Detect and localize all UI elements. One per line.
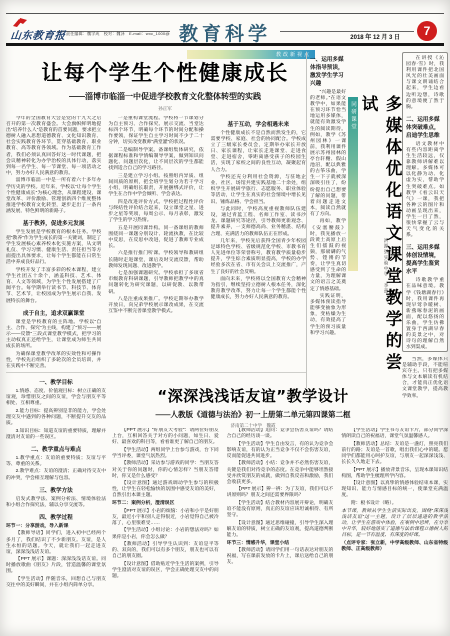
paragraph: 【PPT 展示】播放背景音乐，呈现本课知识结构图，帮助学生梳理所学内容。 [341, 468, 448, 480]
paragraph: 学校开发了丰富多彩的校本课程，建立学生社团五十余个，涵盖科技、艺术、体育、人文等… [6, 268, 101, 305]
paragraph: 【学生活动】两组同学上台参与游戏，台下同学当评委，课堂气氛热烈。 [112, 448, 219, 460]
page-number-badge: 7 [417, 21, 437, 41]
paragraph: 【教师活动】采访参与游戏的同学：当朋友答对关于你的问题时，你的心情怎样？当朋友答… [112, 461, 219, 479]
paragraph: 【学生活动】学生自由发言，有的认为竞争会影响友谊，有的认为正当竞争不仅不会伤害友… [227, 442, 334, 460]
lead-author: 孙正军 [20, 106, 310, 112]
right-article-boxed-column: 在讲授《沁园春·雪》时，我利用课件把北国风光的壮美画面与课文朗诵结合起来，学生边… [402, 52, 448, 352]
right-article-headline: 多媒体优化语文课堂教学的尝试 [356, 95, 404, 391]
paragraph: 再如，教学《安塞腰鼓》时，我先播放一段黄土高原上后生们擂鼓的视频，那磅礴的气势、… [310, 219, 346, 292]
paragraph: 课堂是学校教育的主阵地。学校以“自主、合作、探究”为主线，构建了“预习——展示—… [6, 320, 101, 350]
lesson-plan-column-4: 【学生活动】学生书写友谊卡片，部分同学深情朗读自己的祝福语，课堂气氛温馨感人。【… [341, 428, 448, 622]
paragraph: 【设计意图】借助贴近学生生活的案例，引导学生澄清对友谊的误区，学会正确处理交友中… [112, 562, 219, 580]
paragraph: 与此同时，学校高度重视教师队伍建设，通过青蓝工程、名师工作室、读书沙龙、课题研究… [211, 207, 306, 237]
lesson-plan-body: 【PPT 展示】“好朋友大考验”：请两位好朋友上台，互相回答关于对方的小问题，如… [112, 428, 448, 622]
paragraph: 【教师活动】小结：竞争并不必然伤害友谊，关键是我们对待竞争的态度。在竞争中能够坦… [227, 461, 334, 485]
paragraph: 【学生活动】结合教材内容展开辩论，明确友谊不能没有原则，真正的友谊应该坦诚相待、… [227, 501, 334, 519]
subhead: 三、教学方法 [6, 486, 106, 494]
paragraph: 五是开展同课异构。同一备课组的教师围绕同一课题分别设计、轮流执教，在比较中反思，… [108, 226, 203, 250]
paragraph: 【PPT 展示】课题：深深浅浅话友谊。同时播放歌曲《朋友》片段，营造温馨的课堂氛… [6, 557, 106, 575]
issue-date: 2018 年 12 月 3 日 [348, 32, 402, 41]
paragraph: 环节一：分享游戏，导入新课 [6, 524, 106, 530]
paragraph: 二是编制导学案。备课组集体研究，依据课程标准和学情编制导学案，做到知识问题化、问… [108, 148, 203, 172]
paragraph: 面向未来，学校将以全国教育大会精神为指引，继续坚持立德树人根本任务，深化教育教学… [211, 277, 306, 301]
paragraph: 几年来，学校先后获得全国青少年校园足球特色学校、省级规范化学校、市教书育人先进单… [211, 239, 306, 276]
subhead: 三、运用多媒体创设情境，提高学生鉴赏水平 [406, 243, 444, 275]
paragraph: 附：板书设计（略）。 [341, 501, 448, 507]
section-separator-rule [6, 372, 306, 373]
editor-info-line: 责任编辑：魏学成 校对：魏泽 E-mail：wxc_1000@sina.com [66, 31, 187, 37]
lesson-plan-column-3: 【教师活动】追问：竞争会伤害友谊吗？请结合自己的经历谈一谈。【学生活动】学生自由… [227, 428, 334, 622]
paragraph: 学生发展是学校教育的根本任务。学校把“教养”作为学生成长的第一关键词，制定了学生… [6, 230, 101, 267]
paragraph: 2.能力目标：提高辨别是非的能力，学会处理交友中遇到的各种问题，不断提升交友的品… [6, 409, 106, 427]
lesson-plan-headline: “深深浅浅话友谊”教学设计 [112, 385, 394, 406]
paragraph: 一是重构课堂流程。学校将一节课划分为自主预习、合作探究、展示交流、当堂达标四个环… [108, 116, 203, 146]
paragraph: 1.教学重点：友谊的重要特质；友谊与平等、尊重的关系。 [6, 456, 106, 468]
paragraph: 今年的全国教育大会是党的十九大之后召开的第一次教育盛会。大会旗帜鲜明地提出“培养… [6, 116, 101, 177]
paragraph: 【教师导语】同学们，进入初中已经两个多月了，我们结识了不少新朋友。友谊，是人生永… [6, 531, 106, 555]
lead-column-3: 基于互动，学会相遇未来个性健康成长不是自然而然发生的，它需要学校、家庭、社会的协… [211, 116, 306, 371]
paragraph: 七是加强课题研究。学校承担了多项省市级教育科研课题，引导教师把教学中的真问题转化… [108, 271, 203, 295]
paragraph: 1.情感、态度、价值观目标：树立正确的友谊观，珍惜朋友之间的友谊，学会与朋友平等… [6, 389, 106, 407]
lead-subtitle: ——淄博市临淄一中促进学校教育文化整体转型的实践 [20, 91, 310, 102]
paragraph: “兴趣是最好的老师。”在语文教学中，如果能在预习环节恰当地运用多媒体，就能有效激… [310, 90, 346, 218]
paragraph: 【设计意图】通过思维碰撞，引导学生深入理解友谊的特质，树立正确的友谊观，提高道德… [227, 521, 334, 539]
subhead: 成于自主，追求双赢课堂 [6, 309, 101, 317]
paragraph: 诗歌教学重在品味意境。教学《钱塘湖春行》时，我用课件再现早莺争暖树、新燕啄春泥的… [406, 278, 444, 351]
lead-column-1: 今年的全国教育大会是党的十九大之后召开的第一次教育盛会。大会旗帜鲜明地提出“培养… [6, 116, 101, 371]
paragraph: 启发式教学法、案例分析法、情境体验法和小组合作探究法，辅以分享交流等。 [6, 497, 106, 509]
lesson-plan-column-1: 一、教学目标1.情感、态度、价值观目标：树立正确的友谊观，珍惜朋友之间的友谊，学… [6, 374, 106, 622]
paragraph: 淄博市临淄一中是一所有着六十多年办学历史的学校。近年来，学校以“让每个学生个性健… [6, 178, 101, 215]
subhead: 一、教学目标 [6, 378, 106, 386]
right-article-column-continuation: 当然，多媒体只是辅助手段，不能喧宾夺主。只有把多媒体与文本解读有机结合，才能真正… [402, 357, 448, 419]
top-rule [6, 13, 444, 14]
paragraph: 【PPT 展示】“好朋友大考验”：请两位好朋友上台，互相回答关于对方的小问题，如… [112, 428, 219, 446]
paragraph: 【教师活动】追问：竞争会伤害友谊吗？请结合自己的经历谈一谈。 [227, 428, 334, 440]
subhead: 基于互动，学会相遇未来 [211, 120, 306, 128]
paragraph: 环节二：案例分析，澄清误区 [112, 501, 219, 507]
lead-article-header: 让每个学生个性健康成长 ——淄博市临淄一中促进学校教育文化整体转型的实践 孙正军 [20, 57, 310, 112]
paper-name: 山东教育报 [8, 28, 68, 43]
subhead: 二、教学重点与难点 [6, 445, 106, 453]
paragraph: 【PPT 展示】辨一辨：为了友谊，我们可以不讲原则吗？朋友之间还需要界限吗？ [227, 487, 334, 499]
right-article-byline: 沂源县实验中学 李蕾 [383, 238, 389, 358]
paragraph: （点评专家：张立新，中学高级教师、山东省特级教师、正高级教师） [341, 541, 448, 553]
paragraph: 【学生活动】学生书写友谊卡片，部分同学深情朗读自己的祝福语，课堂气氛温馨感人。 [341, 428, 448, 440]
paragraph: 三是建立学习小组。按照组内异质、组间同质的原则，把全班学生划分为若干学习小组，明… [108, 174, 203, 198]
paragraph: 本节课，教师从学生生活实际出发，围绕“深深浅浅话友谊”这一主题，设计了层层递进的… [341, 509, 448, 539]
paragraph: 为确保课堂教学改革的实效性和可操作性，学校先后组织了多轮次的全员培训，并在实践中… [6, 352, 101, 370]
subhead: 四、教学过程 [6, 513, 106, 521]
paragraph: 【教师活动】请同学们用一句话表达对朋友的祝福，写在课前发放的卡片上，课后送给自己… [227, 548, 334, 566]
lead-article-body: 今年的全国教育大会是党的十九大之后召开的第一次教育盛会。大会旗帜鲜明地提出“培养… [6, 116, 306, 371]
lead-column-2: 一是重构课堂流程。学校将一节课划分为自主预习、合作探究、展示交流、当堂达标四个环… [108, 116, 203, 371]
newspaper-page: 山东教育报 责任编辑：魏学成 校对：魏泽 E-mail：wxc_1000@sin… [0, 0, 450, 636]
lesson-plan-column-2: 【PPT 展示】“好朋友大考验”：请两位好朋友上台，互相回答关于对方的小问题，如… [112, 428, 219, 622]
vertical-divider [306, 52, 307, 388]
paragraph: 实践证明，多媒体预读指导能够变抽象为形象，变枯燥为生动，有效提高了学生的预习质量… [310, 294, 346, 337]
paragraph: 【学生活动】小组讨论：小岩的想法对吗？如果你是小岩，你会怎么做？ [112, 528, 219, 540]
paragraph: 语文教材中有些内容距离学生生活较远，仅靠教师讲解难以理解。多媒体可以化静为动、化… [406, 142, 444, 240]
paragraph: 【学生活动】伴随音乐，回想自己与朋友交往中的美好瞬间，并在小组内简单分享。 [6, 577, 106, 589]
paragraph: 【设计意图】以真挚的情感体验结束本课，实现知识、能力与情感目标的统一，使课堂充满… [341, 481, 448, 499]
subhead: 二、运用多媒体突破难点，启迪学生思维 [406, 115, 444, 139]
paragraph: 当然，多媒体只是辅助手段，不能喧宾夺主。只有把多媒体与文本解读有机结合，才能真正… [402, 357, 448, 400]
paragraph: 学校还充分利用社会资源，与驻地企业、社区、场馆共建实践基地二十余处，组织学生开展… [211, 175, 306, 205]
paragraph: 在讲授《沁园春·雪》时，我利用课件把北国风光的壮美画面与课文朗诵结合起来，学生边… [406, 56, 444, 111]
paragraph: 【设计意图】通过游戏调动学生参与的积极性，让学生在轻松愉快的氛围中感受友谊的美好… [112, 481, 219, 499]
paragraph: 四是改进评价方式。学校把过程性评价与终结性评价结合起来，设立课堂之星、进步之星等… [108, 200, 203, 224]
paragraph: 3.知识目标：知道友谊的重要特质，理解并澄清对友谊的一些误区。 [6, 429, 106, 441]
paragraph: 【教师活动】引导学生认识到：友谊是平等的、双向的，我们可以有多个朋友，朋友也可以… [112, 542, 219, 560]
lead-headline: 让每个学生个性健康成长 [20, 57, 310, 87]
subhead: 一、运用多媒体指导预读，激发学生学习兴趣 [310, 55, 346, 87]
paragraph: 2.教学难点：友谊的澄清；正确对待交友中的冲突，学会相互理解与包容。 [6, 469, 106, 481]
subhead: 基于教养，促进多元发展 [6, 219, 101, 227]
paragraph: 环节三：情感升华，课堂小结 [227, 541, 334, 547]
masthead-thick-rule [6, 43, 444, 46]
paragraph: 八是注重成果推广。学校定期举办教学开放日，向兄弟学校展示课改成果，在交流互鉴中不… [108, 297, 203, 315]
lesson-plan-subtitle: ——人教版《道德与法治》初一上册第二单元第四课第二框 [112, 409, 394, 420]
paragraph: 个性健康成长不是自然而然发生的，它需要学校、家庭、社会的协同配合。学校成立了三级… [211, 131, 306, 174]
right-article-column-1: 一、运用多媒体指导预读，激发学生学习兴趣“兴趣是最好的老师。”在语文教学中，如果… [310, 55, 346, 388]
paragraph: 【教师活动】总结：友谊是一盏灯，照亮我们前行的路；友谊是一首歌，唱出我们心中的暖… [341, 442, 448, 466]
paragraph: 六是推行推门听课。学校领导和教研组长随时走进课堂，课后及时交流反馈，帮助教师发现… [108, 251, 203, 269]
paragraph: 【PPT 展示】小岩的烦恼：小岩和小宇是好朋友，最近小宇和别人走得很近，小岩觉得… [112, 509, 219, 527]
lesson-plan-header: “深深浅浅话友谊”教学设计 ——人教版《道德与法治》初一上册第二单元第四课第二框… [112, 385, 394, 429]
